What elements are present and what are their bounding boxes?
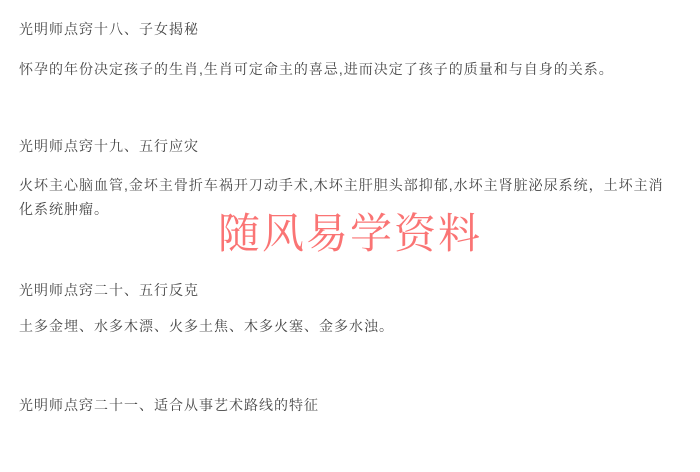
section-body-20: 土多金埋、水多木漂、火多土焦、木多火塞、金多水浊。 bbox=[19, 314, 674, 338]
section-heading-21: 光明师点窍二十一、适合从事艺术路线的特征 bbox=[19, 393, 674, 417]
document-page: 光明师点窍十八、子女揭秘 怀孕的年份决定孩子的生肖,生肖可定命主的喜忌,进而决定… bbox=[0, 0, 700, 472]
section-heading-20: 光明师点窍二十、五行反克 bbox=[19, 278, 674, 302]
section-heading-18: 光明师点窍十八、子女揭秘 bbox=[19, 17, 674, 41]
section-heading-19: 光明师点窍十九、五行应灾 bbox=[19, 134, 674, 158]
section-body-18: 怀孕的年份决定孩子的生肖,生肖可定命主的喜忌,进而决定了孩子的质量和与自身的关系… bbox=[19, 57, 674, 81]
section-body-19: 火坏主心脑血管,金坏主骨折车祸开刀动手术,木坏主肝胆头部抑郁,水坏主肾脏泌尿系统… bbox=[19, 173, 674, 221]
